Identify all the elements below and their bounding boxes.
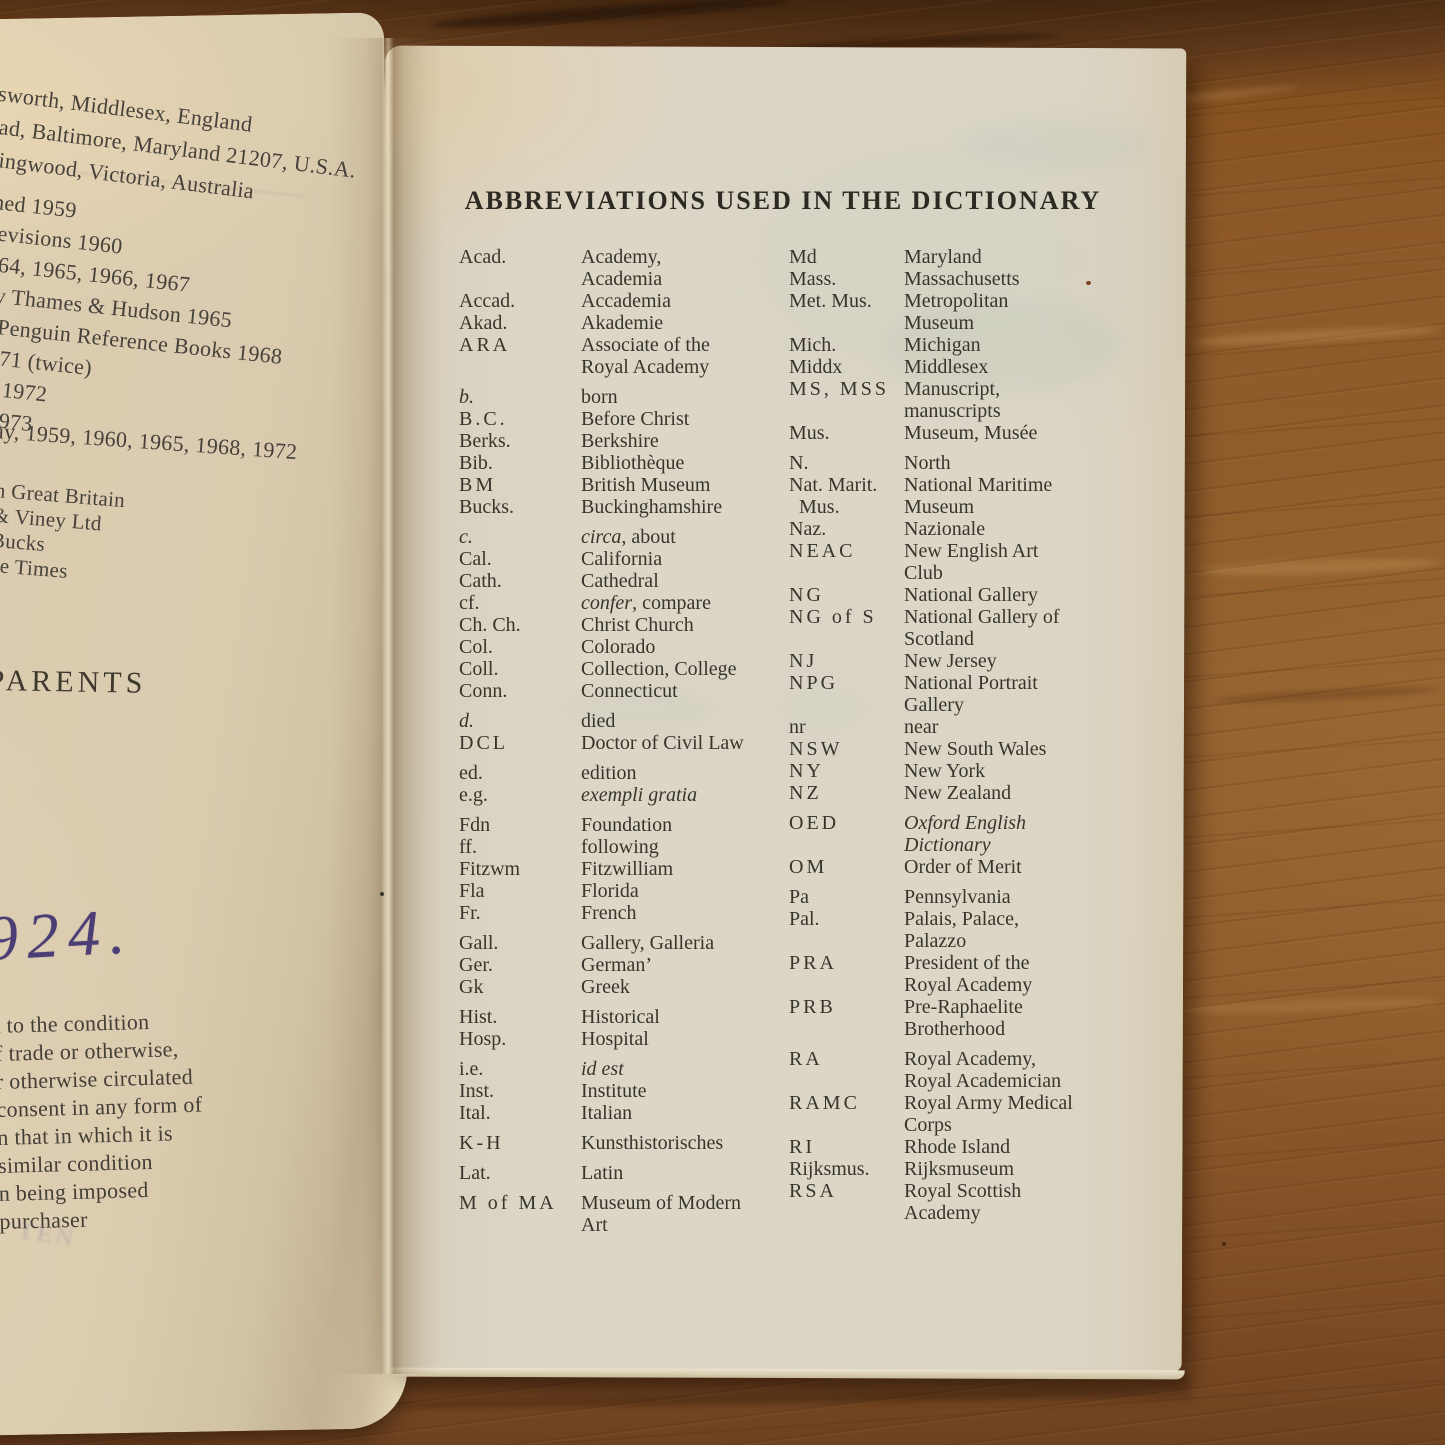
definition: Florida xyxy=(581,880,789,902)
definition: National PortraitGallery xyxy=(904,672,1135,716)
abbr-entry: Ital.Italian xyxy=(459,1102,789,1124)
abbr-entry: FitzwmFitzwilliam xyxy=(459,858,789,880)
abbr-group: OEDOxford EnglishDictionaryOMOrder of Me… xyxy=(789,812,1135,878)
abbreviation: NSW xyxy=(789,738,904,760)
abbreviation: Mus. xyxy=(789,422,904,444)
definition: Latin xyxy=(581,1162,789,1184)
abbr-entry: ARAAssociate of theRoyal Academy xyxy=(459,334,789,378)
abbreviation: PRB xyxy=(789,996,904,1040)
abbr-entry: FlaFlorida xyxy=(459,880,789,902)
abbreviation: Naz. xyxy=(789,518,904,540)
paper-speck xyxy=(1222,1242,1226,1246)
abbr-group: N.NorthNat. Marit. Mus.National Maritime… xyxy=(789,452,1135,804)
abbreviation: N. xyxy=(789,452,904,474)
definition: confer, compare xyxy=(581,592,789,614)
abbr-entry: NG of SNational Gallery ofScotland xyxy=(789,606,1135,650)
definition: Collection, College xyxy=(581,658,789,680)
abbr-entry: N.North xyxy=(789,452,1135,474)
definition: near xyxy=(904,716,1135,738)
definition: Doctor of Civil Law xyxy=(581,732,789,754)
definition: exempli gratia xyxy=(581,784,789,806)
abbreviation: b. xyxy=(459,386,581,408)
abbreviation: Rijksmus. xyxy=(789,1158,904,1180)
handwritten-number: 924. xyxy=(0,894,136,976)
definition: following xyxy=(581,836,789,858)
printer-block: n Great Britain& Viney LtdBuckspe Times xyxy=(0,478,126,588)
abbr-entry: Pal.Palais, Palace,Palazzo xyxy=(789,908,1135,952)
abbreviation: Ch. Ch. xyxy=(459,614,581,636)
abbreviation: d. xyxy=(459,710,581,732)
abbr-group: b.bornB.C.Before ChristBerks.BerkshireBi… xyxy=(459,386,789,518)
definition: Nazionale xyxy=(904,518,1135,540)
abbreviation: OED xyxy=(789,812,904,856)
abbreviation: e.g. xyxy=(459,784,581,806)
abbr-entry: MS, MSSManuscript,manuscripts xyxy=(789,378,1135,422)
abbr-entry: Cath.Cathedral xyxy=(459,570,789,592)
abbreviation: NJ xyxy=(789,650,904,672)
abbreviation: Conn. xyxy=(459,680,581,702)
definition: Oxford EnglishDictionary xyxy=(904,812,1135,856)
abbreviation: Fla xyxy=(459,880,581,902)
abbr-group: Hist.HistoricalHosp.Hospital xyxy=(459,1006,789,1050)
abbr-entry: MiddxMiddlesex xyxy=(789,356,1135,378)
abbreviations-column-right: MdMarylandMass.MassachusettsMet. Mus.Met… xyxy=(789,246,1135,1236)
definition: Royal Academy,Royal Academician xyxy=(904,1048,1135,1092)
abbreviation: Fr. xyxy=(459,902,581,924)
abbr-group: d.diedDCLDoctor of Civil Law xyxy=(459,710,789,754)
abbreviation: Ital. xyxy=(459,1102,581,1124)
abbr-entry: BMBritish Museum xyxy=(459,474,789,496)
abbreviations-list: Acad.Academy,AcademiaAccad.AccademiaAkad… xyxy=(459,246,1135,1236)
abbreviation: Pa xyxy=(789,886,904,908)
abbreviation: PRA xyxy=(789,952,904,996)
abbreviation: Ger. xyxy=(459,954,581,976)
abbr-group: c.circa, aboutCal.CaliforniaCath.Cathedr… xyxy=(459,526,789,702)
abbr-entry: d.died xyxy=(459,710,789,732)
abbr-group: PaPennsylvaniaPal.Palais, Palace,Palazzo… xyxy=(789,886,1135,1040)
abbreviation: nr xyxy=(789,716,904,738)
abbreviation: Fdn xyxy=(459,814,581,836)
abbreviation: i.e. xyxy=(459,1058,581,1080)
definition: MetropolitanMuseum xyxy=(904,290,1135,334)
definition: edition xyxy=(581,762,789,784)
abbr-entry: cf.confer, compare xyxy=(459,592,789,614)
abbr-entry: NYNew York xyxy=(789,760,1135,782)
definition: Colorado xyxy=(581,636,789,658)
abbr-entry: Nat. Marit. Mus.National MaritimeMuseum xyxy=(789,474,1135,518)
abbr-entry: Mus.Museum, Musée xyxy=(789,422,1135,444)
definition: National Gallery xyxy=(904,584,1135,606)
abbr-entry: Bib.Bibliothèque xyxy=(459,452,789,474)
definition: Kunsthistorisches xyxy=(581,1132,789,1154)
abbr-entry: Fr.French xyxy=(459,902,789,924)
abbr-group: Acad.Academy,AcademiaAccad.AccademiaAkad… xyxy=(459,246,789,378)
definition: Accademia xyxy=(581,290,789,312)
definition: Hospital xyxy=(581,1028,789,1050)
abbreviation: NEAC xyxy=(789,540,904,584)
definition: North xyxy=(904,452,1135,474)
abbreviation: BM xyxy=(459,474,581,496)
definition: id est xyxy=(581,1058,789,1080)
abbreviation: Gk xyxy=(459,976,581,998)
abbreviation: Fitzwm xyxy=(459,858,581,880)
definition: New Jersey xyxy=(904,650,1135,672)
abbr-entry: Bucks.Buckinghamshire xyxy=(459,496,789,518)
abbr-entry: Akad.Akademie xyxy=(459,312,789,334)
abbr-entry: FdnFoundation xyxy=(459,814,789,836)
abbreviation: Nat. Marit. Mus. xyxy=(789,474,904,518)
abbr-entry: b.born xyxy=(459,386,789,408)
definition: British Museum xyxy=(581,474,789,496)
abbr-group: RARoyal Academy,Royal AcademicianRAMCRoy… xyxy=(789,1048,1135,1224)
abbr-entry: i.e.id est xyxy=(459,1058,789,1080)
definition: Akademie xyxy=(581,312,789,334)
definition: Michigan xyxy=(904,334,1135,356)
definition: Royal ScottishAcademy xyxy=(904,1180,1135,1224)
definition: National Gallery ofScotland xyxy=(904,606,1135,650)
abbr-entry: NSWNew South Wales xyxy=(789,738,1135,760)
abbreviation: OM xyxy=(789,856,904,878)
definition: Connecticut xyxy=(581,680,789,702)
abbr-entry: RIRhode Island xyxy=(789,1136,1135,1158)
definition: New Zealand xyxy=(904,782,1135,804)
abbreviation: Col. xyxy=(459,636,581,658)
definition: Christ Church xyxy=(581,614,789,636)
definition: Gallery, Galleria xyxy=(581,932,789,954)
definition: Maryland xyxy=(904,246,1135,268)
definition: Before Christ xyxy=(581,408,789,430)
definition: Order of Merit xyxy=(904,856,1135,878)
definition: Manuscript,manuscripts xyxy=(904,378,1135,422)
definition: circa, about xyxy=(581,526,789,548)
abbreviation: Coll. xyxy=(459,658,581,680)
definition: Berkshire xyxy=(581,430,789,452)
abbr-entry: RARoyal Academy,Royal Academician xyxy=(789,1048,1135,1092)
abbreviation: ff. xyxy=(459,836,581,858)
abbr-entry: OEDOxford EnglishDictionary xyxy=(789,812,1135,856)
abbr-entry: NEACNew English ArtClub xyxy=(789,540,1135,584)
abbr-entry: Hosp.Hospital xyxy=(459,1028,789,1050)
abbr-entry: Lat.Latin xyxy=(459,1162,789,1184)
definition: Museum, Musée xyxy=(904,422,1135,444)
abbreviation: NG xyxy=(789,584,904,606)
abbr-entry: Mass.Massachusetts xyxy=(789,268,1135,290)
abbr-entry: Met. Mus.MetropolitanMuseum xyxy=(789,290,1135,334)
abbreviations-column-left: Acad.Academy,AcademiaAccad.AccademiaAkad… xyxy=(459,246,789,1236)
abbr-entry: GkGreek xyxy=(459,976,789,998)
dedication-fragment: PARENTS xyxy=(0,664,147,701)
definition: Bibliothèque xyxy=(581,452,789,474)
definition: Pre-RaphaeliteBrotherhood xyxy=(904,996,1135,1040)
abbr-entry: Mich.Michigan xyxy=(789,334,1135,356)
abbreviation: Md xyxy=(789,246,904,268)
abbreviation: RA xyxy=(789,1048,904,1092)
abbr-entry: Inst.Institute xyxy=(459,1080,789,1102)
abbreviation: Bib. xyxy=(459,452,581,474)
abbr-entry: Rijksmus.Rijksmuseum xyxy=(789,1158,1135,1180)
definition: California xyxy=(581,548,789,570)
abbr-group: ed.editione.g.exempli gratia xyxy=(459,762,789,806)
abbreviation: DCL xyxy=(459,732,581,754)
definition: Pennsylvania xyxy=(904,886,1135,908)
abbr-entry: NJNew Jersey xyxy=(789,650,1135,672)
abbreviation: Pal. xyxy=(789,908,904,952)
abbr-entry: Naz.Nazionale xyxy=(789,518,1135,540)
abbr-entry: Acad.Academy,Academia xyxy=(459,246,789,290)
abbreviation: Lat. xyxy=(459,1162,581,1184)
abbr-entry: ed.edition xyxy=(459,762,789,784)
abbreviation: K-H xyxy=(459,1132,581,1154)
abbr-group: Gall.Gallery, GalleriaGer.German’GkGreek xyxy=(459,932,789,998)
abbreviation: Cal. xyxy=(459,548,581,570)
abbr-entry: Hist.Historical xyxy=(459,1006,789,1028)
definition: Museum of ModernArt xyxy=(581,1192,789,1236)
abbreviation: Berks. xyxy=(459,430,581,452)
definition: Buckinghamshire xyxy=(581,496,789,518)
abbr-entry: c.circa, about xyxy=(459,526,789,548)
abbreviation: Hist. xyxy=(459,1006,581,1028)
abbreviation: Mass. xyxy=(789,268,904,290)
definition: Cathedral xyxy=(581,570,789,592)
definition: French xyxy=(581,902,789,924)
paper-stain xyxy=(960,120,1150,170)
abbr-entry: Ch. Ch.Christ Church xyxy=(459,614,789,636)
abbreviation: ARA xyxy=(459,334,581,378)
definition: Rhode Island xyxy=(904,1136,1135,1158)
paper-speck xyxy=(380,892,384,896)
definition: German’ xyxy=(581,954,789,976)
abbr-entry: Gall.Gallery, Galleria xyxy=(459,932,789,954)
abbreviation: M of MA xyxy=(459,1192,581,1236)
definition: New English ArtClub xyxy=(904,540,1135,584)
abbreviation: RSA xyxy=(789,1180,904,1224)
definition: Associate of theRoyal Academy xyxy=(581,334,789,378)
definition: born xyxy=(581,386,789,408)
abbr-entry: Accad.Accademia xyxy=(459,290,789,312)
abbreviation: MS, MSS xyxy=(789,378,904,422)
abbr-entry: Ger.German’ xyxy=(459,954,789,976)
abbr-entry: OMOrder of Merit xyxy=(789,856,1135,878)
definition: Royal Army MedicalCorps xyxy=(904,1092,1135,1136)
abbreviation: Gall. xyxy=(459,932,581,954)
abbreviation: ed. xyxy=(459,762,581,784)
abbreviation: NY xyxy=(789,760,904,782)
abbreviation: NPG xyxy=(789,672,904,716)
abbreviation: NZ xyxy=(789,782,904,804)
definition: President of theRoyal Academy xyxy=(904,952,1135,996)
abbreviation: cf. xyxy=(459,592,581,614)
abbr-entry: NZNew Zealand xyxy=(789,782,1135,804)
abbr-group: FdnFoundationff.followingFitzwmFitzwilli… xyxy=(459,814,789,924)
abbreviation: Bucks. xyxy=(459,496,581,518)
abbr-entry: K-HKunsthistorisches xyxy=(459,1132,789,1154)
definition: Middlesex xyxy=(904,356,1135,378)
abbreviation: Acad. xyxy=(459,246,581,290)
abbr-entry: RAMCRoyal Army MedicalCorps xyxy=(789,1092,1135,1136)
abbr-entry: M of MAMuseum of ModernArt xyxy=(459,1192,789,1236)
photo-open-book: { "colors": { "wood": "#8a5527", "paper_… xyxy=(0,0,1445,1445)
abbreviation: Mich. xyxy=(789,334,904,356)
abbreviation: Hosp. xyxy=(459,1028,581,1050)
abbreviation: c. xyxy=(459,526,581,548)
definition: New York xyxy=(904,760,1135,782)
definition: Massachusetts xyxy=(904,268,1135,290)
definition: Italian xyxy=(581,1102,789,1124)
definition: Rijksmuseum xyxy=(904,1158,1135,1180)
abbr-entry: Berks.Berkshire xyxy=(459,430,789,452)
abbr-entry: NPGNational PortraitGallery xyxy=(789,672,1135,716)
abbreviation: NG of S xyxy=(789,606,904,650)
abbr-entry: Conn.Connecticut xyxy=(459,680,789,702)
abbr-entry: RSARoyal ScottishAcademy xyxy=(789,1180,1135,1224)
abbreviation: Inst. xyxy=(459,1080,581,1102)
definition: Palais, Palace,Palazzo xyxy=(904,908,1135,952)
abbreviation: Accad. xyxy=(459,290,581,312)
abbreviation: Met. Mus. xyxy=(789,290,904,334)
abbreviation: B.C. xyxy=(459,408,581,430)
definition: Academy,Academia xyxy=(581,246,789,290)
definition: Fitzwilliam xyxy=(581,858,789,880)
abbreviation: RI xyxy=(789,1136,904,1158)
abbr-group: Lat.Latin xyxy=(459,1162,789,1184)
page-title: ABBREVIATIONS USED IN THE DICTIONARY xyxy=(383,186,1183,216)
conditions-of-sale-block: t to the conditionf trade or otherwise,r… xyxy=(0,1007,206,1236)
abbr-group: i.e.id estInst.InstituteItal.Italian xyxy=(459,1058,789,1124)
abbr-group: MdMarylandMass.MassachusettsMet. Mus.Met… xyxy=(789,246,1135,444)
abbr-entry: Coll.Collection, College xyxy=(459,658,789,680)
abbr-entry: PaPennsylvania xyxy=(789,886,1135,908)
abbr-entry: nrnear xyxy=(789,716,1135,738)
definition: Foundation xyxy=(581,814,789,836)
abbr-group: K-HKunsthistorisches xyxy=(459,1132,789,1154)
abbreviation: RAMC xyxy=(789,1092,904,1136)
abbreviation: Akad. xyxy=(459,312,581,334)
abbr-entry: Cal.California xyxy=(459,548,789,570)
abbreviation: Cath. xyxy=(459,570,581,592)
abbreviation: Middx xyxy=(789,356,904,378)
definition: National MaritimeMuseum xyxy=(904,474,1135,518)
definition: Institute xyxy=(581,1080,789,1102)
abbr-entry: ff.following xyxy=(459,836,789,858)
abbr-entry: e.g.exempli gratia xyxy=(459,784,789,806)
definition: died xyxy=(581,710,789,732)
abbr-entry: PRAPresident of theRoyal Academy xyxy=(789,952,1135,996)
definition: Greek xyxy=(581,976,789,998)
abbr-entry: DCLDoctor of Civil Law xyxy=(459,732,789,754)
abbr-entry: PRBPre-RaphaeliteBrotherhood xyxy=(789,996,1135,1040)
definition: New South Wales xyxy=(904,738,1135,760)
abbr-entry: B.C.Before Christ xyxy=(459,408,789,430)
definition: Historical xyxy=(581,1006,789,1028)
abbr-entry: MdMaryland xyxy=(789,246,1135,268)
abbr-entry: Col.Colorado xyxy=(459,636,789,658)
abbr-group: M of MAMuseum of ModernArt xyxy=(459,1192,789,1236)
abbr-entry: NGNational Gallery xyxy=(789,584,1135,606)
